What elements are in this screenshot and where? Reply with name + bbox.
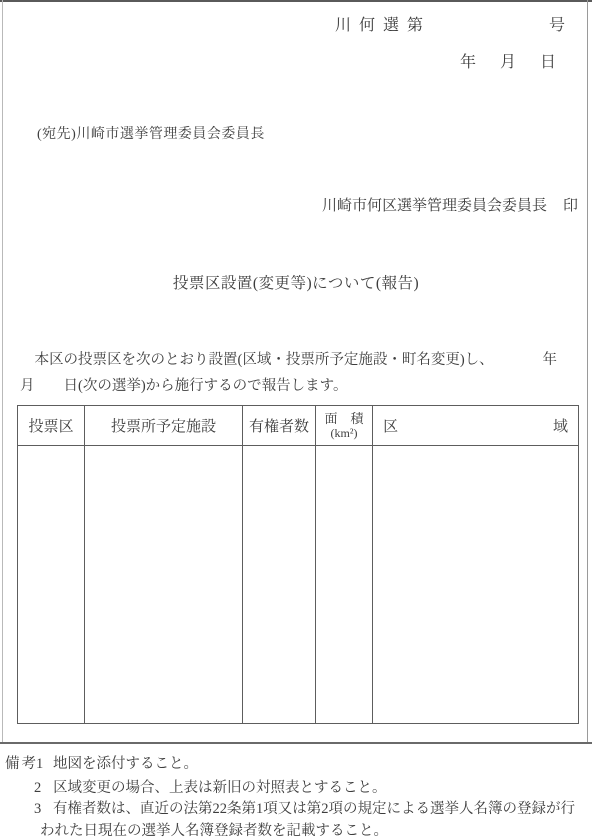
seal-placeholder: 印: [563, 197, 578, 215]
body-line-2: 月 日(次の選挙)から施行するので報告します。: [20, 373, 557, 399]
header-region: 区 域: [373, 406, 579, 446]
cell-voters: [243, 446, 316, 724]
header-voters: 有権者数: [243, 406, 316, 446]
body-paragraph: 本区の投票区を次のとおり設置(区域・投票所予定施設・町名変更)し、 年 月 日(…: [20, 347, 557, 399]
cell-region: [373, 446, 579, 724]
note-2-number: 2: [34, 780, 41, 797]
note-3-number: 3: [34, 801, 41, 818]
cell-area: [316, 446, 373, 724]
note-2-text: 区域変更の場合、上表は新旧の対照表とすること。: [53, 780, 387, 797]
form-frame-bottom-border: [0, 742, 592, 744]
notes-label: 備考: [5, 756, 38, 773]
date-line: 年 月 日: [460, 54, 556, 72]
header-area-unit: (km²): [316, 426, 372, 441]
ref-number-suffix: 号: [549, 17, 565, 35]
body-line-1-text: 本区の投票区を次のとおり設置(区域・投票所予定施設・町名変更)し、: [20, 347, 494, 373]
addressee: (宛先)川崎市選挙管理委員会委員長: [37, 126, 265, 143]
date-month-label: 月: [500, 54, 516, 72]
ref-number-line: 川何選第 号: [335, 17, 565, 35]
body-line-1: 本区の投票区を次のとおり設置(区域・投票所予定施設・町名変更)し、 年: [20, 347, 557, 373]
body-line-1-year-label: 年: [543, 347, 558, 373]
header-area: 面 積 (km²): [316, 406, 373, 446]
precinct-table: 投票区 投票所予定施設 有権者数 面 積 (km²) 区 域: [17, 405, 579, 724]
form-page: 川何選第 号 年 月 日 (宛先)川崎市選挙管理委員会委員長 川崎市何区選挙管理…: [0, 0, 592, 840]
date-year-label: 年: [460, 54, 476, 72]
note-1-number: 1: [36, 756, 43, 773]
header-precinct: 投票区: [18, 406, 85, 446]
ref-number-prefix: 川何選第: [335, 17, 431, 35]
note-3-text-continued: われた日現在の選挙人名簿登録者数を記載すること。: [40, 823, 388, 840]
sender-line: 川崎市何区選挙管理委員会委員長 印: [322, 197, 578, 215]
table-header-row: 投票区 投票所予定施設 有権者数 面 積 (km²) 区 域: [18, 406, 579, 446]
date-day-label: 日: [540, 54, 556, 72]
cell-precinct: [18, 446, 85, 724]
note-3-text: 有権者数は、直近の法第22条第1項又は第2項の規定による選挙人名簿の登録が行: [53, 801, 575, 818]
header-region-right-char: 域: [553, 415, 568, 436]
header-area-label: 面 積: [316, 411, 372, 426]
note-1-text: 地図を添付すること。: [53, 756, 198, 773]
table-empty-row: [18, 446, 579, 724]
document-title: 投票区設置(変更等)について(報告): [0, 274, 592, 293]
cell-facility: [85, 446, 243, 724]
sender-name: 川崎市何区選挙管理委員会委員長: [322, 197, 547, 215]
header-facility: 投票所予定施設: [85, 406, 243, 446]
header-region-justified: 区 域: [373, 415, 578, 436]
header-region-left-char: 区: [383, 415, 398, 436]
